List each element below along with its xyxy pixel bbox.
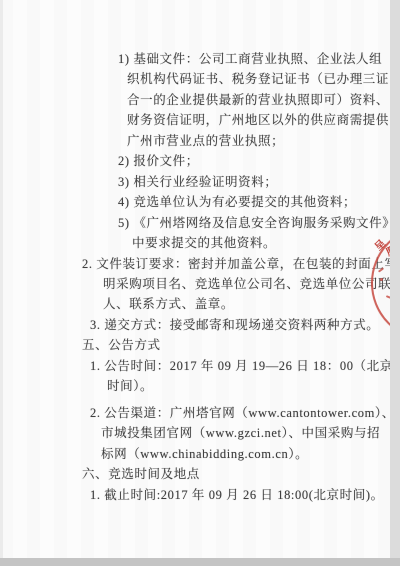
doc-line: 市城投集团官网（www.gzci.net）、中国采购与招 <box>101 423 400 443</box>
doc-section-heading: 六、竞选时间及地点 <box>82 464 400 484</box>
scan-edge-bottom <box>0 558 400 566</box>
doc-line: 人、联系方式、盖章。 <box>103 294 400 314</box>
doc-line: 中要求提交的其他资料。 <box>132 233 400 253</box>
doc-line: 合一的企业提供最新的营业执照即可）资料、 <box>127 90 400 110</box>
doc-line: 5) 《广州塔网络及信息安全咨询服务采购文件》 <box>118 213 400 233</box>
scan-edge-left <box>0 0 3 558</box>
scan-edge-right <box>390 0 400 558</box>
doc-line: 4) 竞选单位认为有必要提交的其他资料； <box>118 192 400 212</box>
doc-line: 标网（www.chinabidding.com.cn）。 <box>101 444 400 464</box>
doc-line: 广州市营业点的营业执照； <box>127 131 400 151</box>
doc-line: 2. 文件装订要求：密封并加盖公章，在包装的封面上写 <box>82 254 400 274</box>
scanned-document-page: 1) 基础文件：公司工商营业执照、企业法人组 织机构代码证书、税务登记证书（已办… <box>0 0 400 566</box>
doc-line: 财务资信证明，广州地区以外的供应商需提供 <box>127 110 400 130</box>
doc-line: 2) 报价文件； <box>118 151 400 171</box>
doc-line: 1. 截止时间:2017 年 09 月 26 日 18:00(北京时间)。 <box>90 485 400 505</box>
doc-line: 时间）。 <box>107 376 400 396</box>
doc-line: 3) 相关行业经验证明资料； <box>118 172 400 192</box>
doc-line: 明采购项目名、竞选单位公司名、竞选单位公司联系 <box>103 274 400 294</box>
doc-line: 织机构代码证书、税务登记证书（已办理三证 <box>127 69 400 89</box>
doc-line: 1) 基础文件：公司工商营业执照、企业法人组 <box>118 49 400 69</box>
doc-line: 3. 递交方式：接受邮寄和现场递交资料两种方式。 <box>90 315 400 335</box>
doc-line: 1. 公告时间：2017 年 09 月 19—26 日 18：00（北京 <box>90 356 400 376</box>
doc-line: 2. 公告渠道：广州塔官网（www.cantontower.com）、 <box>90 403 400 423</box>
doc-section-heading: 五、公告方式 <box>82 335 400 355</box>
document-text-block: 1) 基础文件：公司工商营业执照、企业法人组 织机构代码证书、税务登记证书（已办… <box>0 49 400 505</box>
